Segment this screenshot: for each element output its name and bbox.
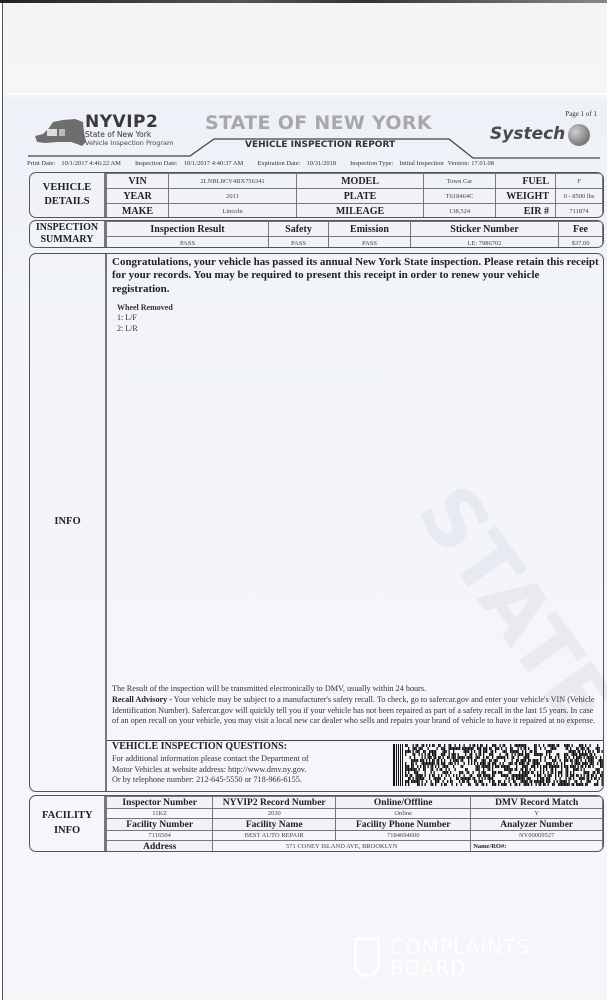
vehicle-details-table: VIN 2LNBL8CV4BX756341 MODEL Town Car FUE… [106,173,603,218]
inspector-number-value: 11KZ [107,809,213,819]
facility-info-table: Inspector Number NYVIP2 Record Number On… [106,796,603,852]
make-label: MAKE [107,204,169,219]
questions-title: VEHICLE INSPECTION QUESTIONS: [112,741,287,752]
list-item: 1: L/F [117,313,173,323]
year-label: YEAR [107,189,169,204]
facility-info-label: FACILITY INFO [30,796,106,851]
address-label: Address [107,841,213,853]
vin-label: VIN [107,174,169,189]
table-row: 7116504 BEST AUTO REPAIR 7184694600 NY00… [107,831,603,841]
recall-advisory-label: Recall Advisory - [112,695,172,704]
pass-message: Congratulations, your vehicle has passed… [112,256,599,296]
eir-label: EIR # [496,204,556,219]
fuel-label: FUEL [496,174,556,189]
fuel-value: F [556,174,603,189]
col-inspection-result: Inspection Result [107,222,269,237]
plate-label: PLATE [297,189,424,204]
wheel-removed-title: Wheel Removed [117,303,173,313]
col-online-offline: Online/Offline [336,797,471,809]
facility-phone-value: 7184694600 [336,831,471,841]
year-value: 2011 [169,189,297,204]
col-facility-name: Facility Name [213,819,336,831]
info-section: INFO Congratulations, your vehicle has p… [29,253,604,792]
nyvip2-logo: NYVIP2 State of New York Vehicle Inspect… [33,112,193,152]
dmv-record-match-value: Y [471,809,603,819]
col-fee: Fee [559,222,603,237]
inspection-summary-section: INSPECTION SUMMARY Inspection Result Saf… [29,220,604,248]
questions-line: For additional information please contac… [112,754,382,765]
model-label: MODEL [297,174,424,189]
print-date: 10/1/2017 4:46:22 AM [61,160,121,167]
info-footer: The Result of the inspection will be tra… [107,684,603,791]
expiration-date-label: Expiration Date: [257,160,300,167]
facility-number-value: 7116504 [107,831,213,841]
report-meta: Print Date: 10/1/2017 4:46:22 AM Inspect… [27,160,605,167]
print-date-label: Print Date: [27,160,55,167]
inspection-date-label: Inspection Date: [135,160,178,167]
make-value: Lincoln [169,204,297,219]
safety-value: PASS [269,237,329,249]
table-row: PASS PASS PASS LE: 7986702 $37.00 [107,237,603,249]
emission-value: PASS [329,237,411,249]
table-row: 11KZ 2030 Online Y [107,809,603,819]
table-row: VIN 2LNBL8CV4BX756341 MODEL Town Car FUE… [107,174,603,189]
eir-value: 711874 [556,204,603,219]
version-label: Version: [448,160,470,167]
program-subtitle: Vehicle Inspection Program [85,139,173,147]
table-header-row: Inspection Result Safety Emission Sticke… [107,222,603,237]
vin-value: 2LNBL8CV4BX756341 [169,174,297,189]
shield-icon [354,937,380,977]
weight-label: WEIGHT [496,189,556,204]
complaints-board-watermark: COMPLAINTS BOARD [352,935,582,985]
facility-info-section: FACILITY INFO Inspector Number NYVIP2 Re… [29,795,604,852]
expiration-date: 10/31/2018 [306,160,336,167]
vehicle-details-section: VEHICLE DETAILS VIN 2LNBL8CV4BX756341 MO… [29,172,604,218]
program-name: NYVIP2 [85,112,158,132]
inspection-result-value: PASS [107,237,269,249]
col-emission: Emission [329,222,411,237]
col-record-number: NYVIP2 Record Number [213,797,336,809]
weight-value: 0 - 8500 lbs [556,189,603,204]
facility-name-value: BEST AUTO REPAIR [213,831,336,841]
inspection-summary-label: INSPECTION SUMMARY [30,221,106,247]
dmv-transmit-notice: The Result of the inspection will be tra… [112,684,426,693]
version: 17.01.08 [471,160,494,167]
table-row: YEAR 2011 PLATE T618464C WEIGHT 0 - 8500… [107,189,603,204]
watermark-line2: BOARD [390,956,467,980]
globe-icon [568,124,590,146]
model-value: Town Car [424,174,496,189]
col-safety: Safety [269,222,329,237]
col-inspector-number: Inspector Number [107,797,213,809]
table-row: Address 571 CONEY ISLAND AVE, BROOKLYN N… [107,841,603,853]
table-header-row: Inspector Number NYVIP2 Record Number On… [107,797,603,809]
ny-state-map-icon [33,118,88,150]
mileage-value: 138,524 [424,204,496,219]
inspection-type-label: Inspection Type: [350,160,393,167]
report-header: Page 1 of 1 NYVIP2 State of New York Veh… [0,0,607,170]
questions-line: Motor Vehicles at website address: http:… [112,765,382,776]
address-value: 571 CONEY ISLAND AVE, BROOKLYN [213,841,471,853]
questions-body: For additional information please contac… [112,754,382,786]
col-facility-phone: Facility Phone Number [336,819,471,831]
program-subtitle-state: State of New York [85,130,151,139]
questions-line: Or by telephone number: 212-645-5550 or … [112,775,382,786]
recall-advisory-text: Your vehicle may be subject to a manufac… [112,695,595,725]
table-row: MAKE Lincoln MILEAGE 138,524 EIR # 71187… [107,204,603,219]
info-label: INFO [30,254,107,791]
col-dmv-record-match: DMV Record Match [471,797,603,809]
name-ro-label: Name/RO#: [471,841,603,853]
wheel-removed-list: Wheel Removed 1: L/F 2: L/R [117,303,173,334]
list-item: 2: L/R [117,324,173,334]
recall-advisory: Recall Advisory - Your vehicle may be su… [112,695,599,727]
report-title: VEHICLE INSPECTION REPORT [245,140,395,150]
state-title: STATE OF NEW YORK [205,112,432,134]
systech-logo: Systech [490,124,565,144]
col-facility-number: Facility Number [107,819,213,831]
online-offline-value: Online [336,809,471,819]
vehicle-details-label: VEHICLE DETAILS [30,173,106,217]
plate-value: T618464C [424,189,496,204]
fee-value: $37.00 [559,237,603,249]
inspection-date: 10/1/2017 4:40:37 AM [184,160,244,167]
inspection-type: Initial Inspection [399,160,443,167]
analyzer-number-value: NY00009527 [471,831,603,841]
table-header-row: Facility Number Facility Name Facility P… [107,819,603,831]
page-indicator: Page 1 of 1 [565,110,597,118]
inspection-summary-table: Inspection Result Safety Emission Sticke… [106,221,603,248]
record-number-value: 2030 [213,809,336,819]
sticker-number-value: LE: 7986702 [411,237,559,249]
col-sticker-number: Sticker Number [411,222,559,237]
col-analyzer-number: Analyzer Number [471,819,603,831]
pdf417-barcode-icon [393,744,604,786]
mileage-label: MILEAGE [297,204,424,219]
